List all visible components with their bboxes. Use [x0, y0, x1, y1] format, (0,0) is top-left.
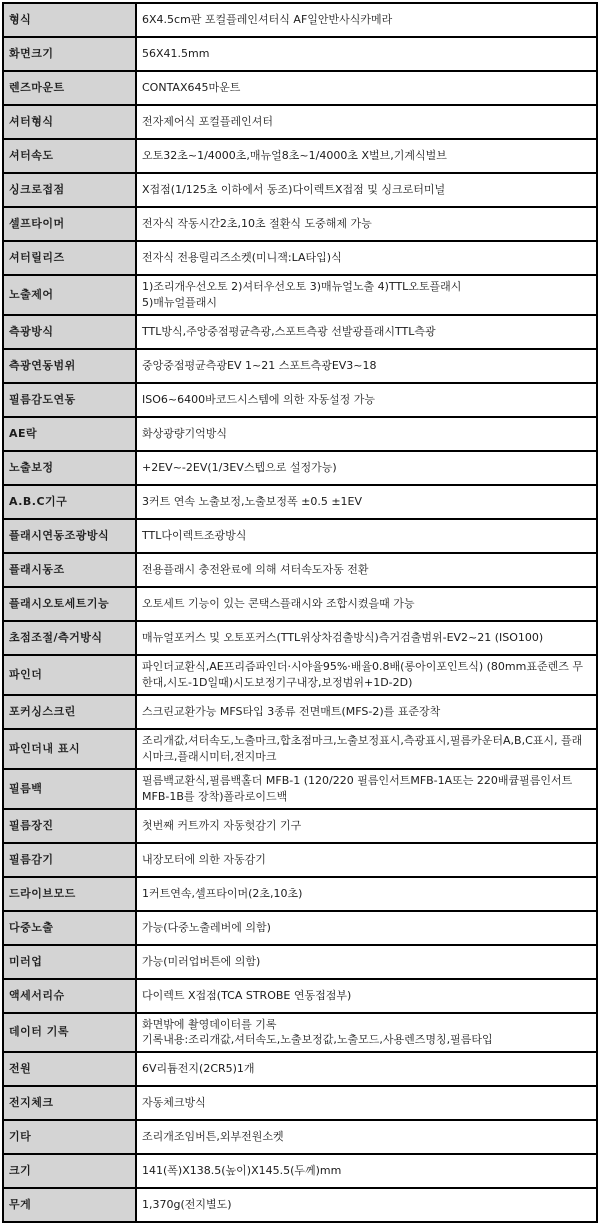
spec-label: 셀프타이머 — [3, 207, 136, 241]
spec-value: 오토32초~1/4000초,매뉴얼8초~1/4000초 X벌브,기계식벌브 — [136, 139, 597, 173]
spec-label: 필름백 — [3, 769, 136, 809]
spec-value: 6V리튬전지(2CR5)1개 — [136, 1052, 597, 1086]
spec-row: 전원6V리튬전지(2CR5)1개 — [3, 1052, 597, 1086]
spec-row: 화면크기56X41.5mm — [3, 37, 597, 71]
spec-label: 싱크로접점 — [3, 173, 136, 207]
spec-value: 오토세트 기능이 있는 콘택스플래시와 조합시켰을때 가능 — [136, 587, 597, 621]
spec-value: 전용플래시 충전완료에 의해 셔터속도자동 전환 — [136, 553, 597, 587]
spec-value: 가능(미러업버튼에 의함) — [136, 945, 597, 979]
spec-table-body: 형식6X4.5cm판 포컬플레인셔터식 AF일안반사식카메라화면크기56X41.… — [3, 3, 597, 1222]
spec-row: 초점조절/측거방식매뉴얼포커스 및 오토포커스(TTL위상차검출방식)측거검출범… — [3, 621, 597, 655]
spec-value: 스크린교환가능 MFS타입 3종류 전면매트(MFS-2)를 표준장착 — [136, 695, 597, 729]
spec-row: 데이터 기록화면밖에 촬영데이터를 기록 기록내용:조리개값,셔터속도,노출보정… — [3, 1013, 597, 1053]
spec-row: 싱크로접점X접점(1/125초 이하에서 동조)다이렉트X접점 및 싱크로터미널 — [3, 173, 597, 207]
spec-value: 파인더교환식,AE프리즘파인더·시야율95%·배율0.8배(롱아이포인트식) (… — [136, 655, 597, 695]
spec-value: 다이렉트 X접점(TCA STROBE 연동접점부) — [136, 979, 597, 1013]
spec-row: 노출보정+2EV~-2EV(1/3EV스텝으로 설정가능) — [3, 451, 597, 485]
spec-value: TTL다이렉트조광방식 — [136, 519, 597, 553]
spec-value: 자동체크방식 — [136, 1086, 597, 1120]
spec-value: X접점(1/125초 이하에서 동조)다이렉트X접점 및 싱크로터미널 — [136, 173, 597, 207]
spec-label: 전지체크 — [3, 1086, 136, 1120]
spec-label: 렌즈마운트 — [3, 71, 136, 105]
spec-label: 셔터릴리즈 — [3, 241, 136, 275]
spec-value: 내장모터에 의한 자동감기 — [136, 843, 597, 877]
spec-row: 필름장진첫번째 커트까지 자동헛감기 기구 — [3, 809, 597, 843]
camera-spec-table: 형식6X4.5cm판 포컬플레인셔터식 AF일안반사식카메라화면크기56X41.… — [2, 2, 598, 1223]
spec-value: 조리개조임버튼,외부전원소켓 — [136, 1120, 597, 1154]
spec-row: 필름백필름백교환식,필름백홀더 MFB-1 (120/220 필름인서트MFB-… — [3, 769, 597, 809]
spec-label: 플래시동조 — [3, 553, 136, 587]
spec-row: 필름감도연동ISO6~6400바코드시스템에 의한 자동설정 가능 — [3, 383, 597, 417]
spec-value: 매뉴얼포커스 및 오토포커스(TTL위상차검출방식)측거검출범위-EV2~21 … — [136, 621, 597, 655]
spec-label: 노출제어 — [3, 275, 136, 315]
spec-label: 화면크기 — [3, 37, 136, 71]
spec-row: 파인더내 표시조리개값,셔터속도,노출마크,합초점마크,노출보정표시,측광표시,… — [3, 729, 597, 769]
spec-label: 무게 — [3, 1188, 136, 1222]
spec-label: 파인더내 표시 — [3, 729, 136, 769]
spec-row: 포커싱스크린스크린교환가능 MFS타입 3종류 전면매트(MFS-2)를 표준장… — [3, 695, 597, 729]
spec-value: 중앙중점평균측광EV 1~21 스포트측광EV3~18 — [136, 349, 597, 383]
spec-value: 1,370g(전지별도) — [136, 1188, 597, 1222]
spec-label: 미러업 — [3, 945, 136, 979]
spec-label: 노출보정 — [3, 451, 136, 485]
spec-value: 첫번째 커트까지 자동헛감기 기구 — [136, 809, 597, 843]
spec-row: 플래시연동조광방식TTL다이렉트조광방식 — [3, 519, 597, 553]
spec-row: 측광연동범위중앙중점평균측광EV 1~21 스포트측광EV3~18 — [3, 349, 597, 383]
spec-label: 셔터형식 — [3, 105, 136, 139]
spec-row: 플래시동조전용플래시 충전완료에 의해 셔터속도자동 전환 — [3, 553, 597, 587]
spec-row: 액세서리슈다이렉트 X접점(TCA STROBE 연동접점부) — [3, 979, 597, 1013]
spec-row: 기타조리개조임버튼,외부전원소켓 — [3, 1120, 597, 1154]
spec-row: 셔터속도오토32초~1/4000초,매뉴얼8초~1/4000초 X벌브,기계식벌… — [3, 139, 597, 173]
spec-label: 드라이브모드 — [3, 877, 136, 911]
spec-page: 형식6X4.5cm판 포컬플레인셔터식 AF일안반사식카메라화면크기56X41.… — [2, 2, 598, 1223]
spec-row: AE락화상광량기억방식 — [3, 417, 597, 451]
spec-value: 화면밖에 촬영데이터를 기록 기록내용:조리개값,셔터속도,노출보정값,노출모드… — [136, 1013, 597, 1053]
spec-label: 기타 — [3, 1120, 136, 1154]
spec-label: 전원 — [3, 1052, 136, 1086]
spec-label: 필름감기 — [3, 843, 136, 877]
spec-row: 형식6X4.5cm판 포컬플레인셔터식 AF일안반사식카메라 — [3, 3, 597, 37]
spec-row: 전지체크자동체크방식 — [3, 1086, 597, 1120]
spec-label: 형식 — [3, 3, 136, 37]
spec-label: 측광연동범위 — [3, 349, 136, 383]
spec-row: 드라이브모드1커트연속,셀프타이머(2초,10초) — [3, 877, 597, 911]
spec-value: CONTAX645마운트 — [136, 71, 597, 105]
spec-row: 크기141(폭)X138.5(높이)X145.5(두께)mm — [3, 1154, 597, 1188]
spec-value: 3커트 연속 노출보정,노출보정폭 ±0.5 ±1EV — [136, 485, 597, 519]
spec-label: 파인더 — [3, 655, 136, 695]
spec-value: TTL방식,주앙중점평균측광,스포트측광 선발광플래시TTL측광 — [136, 315, 597, 349]
spec-label: 측광방식 — [3, 315, 136, 349]
spec-value: 141(폭)X138.5(높이)X145.5(두께)mm — [136, 1154, 597, 1188]
spec-value: 화상광량기억방식 — [136, 417, 597, 451]
spec-row: 무게1,370g(전지별도) — [3, 1188, 597, 1222]
spec-row: 측광방식TTL방식,주앙중점평균측광,스포트측광 선발광플래시TTL측광 — [3, 315, 597, 349]
spec-label: 포커싱스크린 — [3, 695, 136, 729]
spec-value: 56X41.5mm — [136, 37, 597, 71]
spec-value: 전자식 전용릴리즈소켓(미니잭:LA타입)식 — [136, 241, 597, 275]
spec-value: 필름백교환식,필름백홀더 MFB-1 (120/220 필름인서트MFB-1A또… — [136, 769, 597, 809]
spec-label: 플래시오토세트기능 — [3, 587, 136, 621]
spec-label: 셔터속도 — [3, 139, 136, 173]
spec-row: A.B.C기구3커트 연속 노출보정,노출보정폭 ±0.5 ±1EV — [3, 485, 597, 519]
spec-label: AE락 — [3, 417, 136, 451]
spec-value: 조리개값,셔터속도,노출마크,합초점마크,노출보정표시,측광표시,필름카운터A,… — [136, 729, 597, 769]
spec-value: ISO6~6400바코드시스템에 의한 자동설정 가능 — [136, 383, 597, 417]
spec-label: 필름감도연동 — [3, 383, 136, 417]
spec-row: 미러업가능(미러업버튼에 의함) — [3, 945, 597, 979]
spec-row: 플래시오토세트기능오토세트 기능이 있는 콘택스플래시와 조합시켰을때 가능 — [3, 587, 597, 621]
spec-label: 플래시연동조광방식 — [3, 519, 136, 553]
spec-label: 액세서리슈 — [3, 979, 136, 1013]
spec-row: 파인더파인더교환식,AE프리즘파인더·시야율95%·배율0.8배(롱아이포인트식… — [3, 655, 597, 695]
spec-row: 렌즈마운트CONTAX645마운트 — [3, 71, 597, 105]
spec-value: 전자제어식 포컬플레인셔터 — [136, 105, 597, 139]
spec-value: 1커트연속,셀프타이머(2초,10초) — [136, 877, 597, 911]
spec-row: 노출제어1)조리개우선오토 2)셔터우선오토 3)매뉴얼노출 4)TTL오토플래… — [3, 275, 597, 315]
spec-value: 전자식 작동시간2초,10초 절환식 도중해제 가능 — [136, 207, 597, 241]
spec-label: 필름장진 — [3, 809, 136, 843]
spec-row: 셀프타이머전자식 작동시간2초,10초 절환식 도중해제 가능 — [3, 207, 597, 241]
spec-row: 필름감기내장모터에 의한 자동감기 — [3, 843, 597, 877]
spec-label: 데이터 기록 — [3, 1013, 136, 1053]
spec-label: 다중노출 — [3, 911, 136, 945]
spec-label: A.B.C기구 — [3, 485, 136, 519]
spec-row: 셔터릴리즈전자식 전용릴리즈소켓(미니잭:LA타입)식 — [3, 241, 597, 275]
spec-row: 다중노출가능(다중노출레버에 의함) — [3, 911, 597, 945]
spec-label: 크기 — [3, 1154, 136, 1188]
spec-value: 6X4.5cm판 포컬플레인셔터식 AF일안반사식카메라 — [136, 3, 597, 37]
spec-value: +2EV~-2EV(1/3EV스텝으로 설정가능) — [136, 451, 597, 485]
spec-label: 초점조절/측거방식 — [3, 621, 136, 655]
spec-row: 셔터형식전자제어식 포컬플레인셔터 — [3, 105, 597, 139]
spec-value: 1)조리개우선오토 2)셔터우선오토 3)매뉴얼노출 4)TTL오토플래시 5)… — [136, 275, 597, 315]
spec-value: 가능(다중노출레버에 의함) — [136, 911, 597, 945]
